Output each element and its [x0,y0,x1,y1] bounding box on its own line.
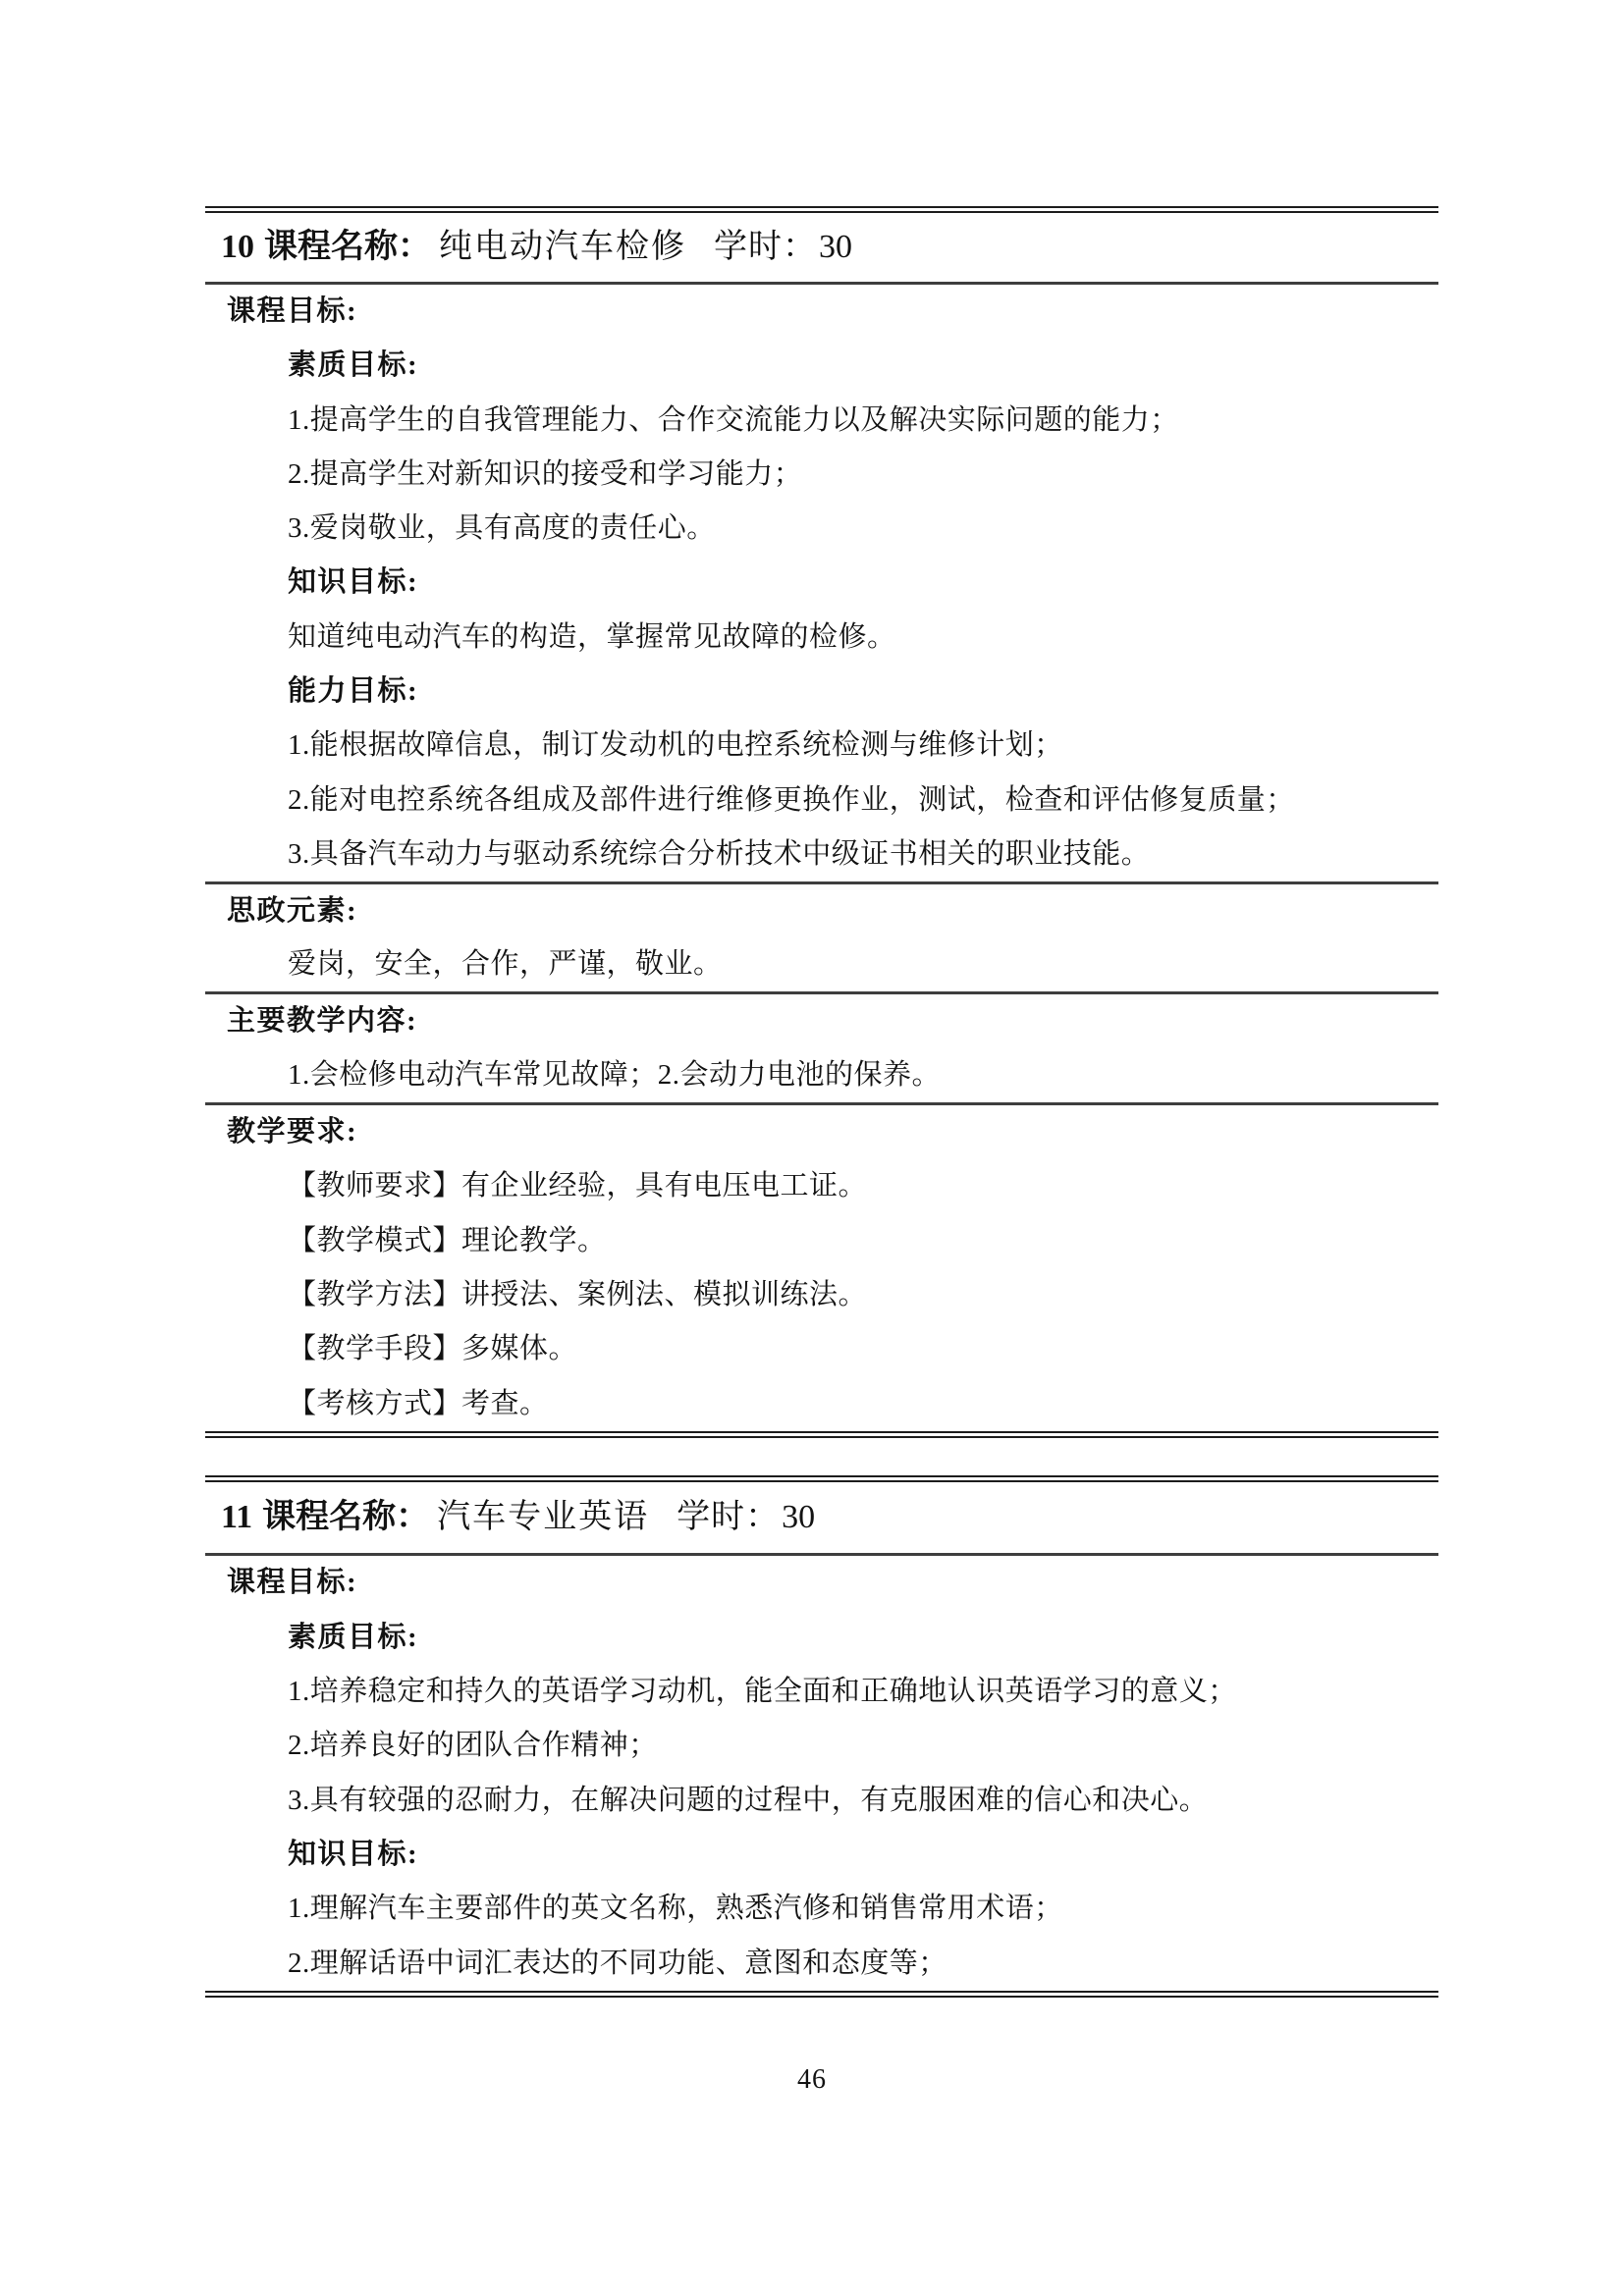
quality-goal-item: 2.提高学生对新知识的接受和学习能力； [205,448,1438,502]
course-name-label: 课程名称： [264,231,431,264]
course-title-row: 11 课程名称： 汽车专业英语 学时： 30 [205,1482,1438,1553]
course-name-label: 课程名称： [262,1501,429,1534]
requirement-item: 【教学方法】讲授法、案例法、模拟训练法。 [205,1268,1438,1322]
course-number: 10 [221,231,254,264]
quality-goal-item: 1.培养稳定和持久的英语学习动机，能全面和正确地认识英语学习的意义； [205,1665,1438,1719]
requirement-item: 【教学模式】理论教学。 [205,1214,1438,1268]
knowledge-goal-item: 2.理解话语中词汇表达的不同功能、意图和态度等； [205,1937,1438,1991]
top-double-rule [205,206,1438,213]
bottom-double-rule [205,1991,1438,1998]
teaching-content-text: 1.会检修电动汽车常见故障；2.会动力电池的保养。 [205,1048,1438,1102]
quality-goal-item: 3.爱岗敬业，具有高度的责任心。 [205,502,1438,556]
quality-goal-item: 1.提高学生的自我管理能力、合作交流能力以及解决实际问题的能力； [205,394,1438,448]
quality-goal-item: 3.具有较强的忍耐力，在解决问题的过程中，有克服困难的信心和决心。 [205,1774,1438,1828]
teaching-requirements-header: 教学要求: [205,1105,1438,1159]
ideology-header: 思政元素: [205,884,1438,938]
objectives-header: 课程目标: [205,1556,1438,1610]
hours-value: 30 [819,231,852,264]
hours-label: 学时： [714,231,817,264]
ability-goal-item: 3.具备汽车动力与驱动系统综合分析技术中级证书相关的职业技能。 [205,828,1438,881]
objectives-header: 课程目标: [205,285,1438,339]
course-name: 纯电动汽车检修 [439,231,686,264]
teaching-content-header: 主要教学内容: [205,994,1438,1048]
knowledge-goal-text: 知道纯电动汽车的构造，掌握常见故障的检修。 [205,611,1438,665]
quality-goal-item: 2.培养良好的团队合作精神； [205,1719,1438,1773]
requirement-item: 【教师要求】有企业经验，具有电压电工证。 [205,1159,1438,1213]
ability-goal-item: 2.能对电控系统各组成及部件进行维修更换作业，测试，检查和评估修复质量； [205,773,1438,827]
teaching-content-block: 主要教学内容: 1.会检修电动汽车常见故障；2.会动力电池的保养。 [205,994,1438,1102]
bottom-double-rule [205,1431,1438,1438]
knowledge-goals-header: 知识目标: [205,1828,1438,1882]
top-double-rule [205,1475,1438,1482]
course-title-row: 10 课程名称： 纯电动汽车检修 学时： 30 [205,213,1438,282]
knowledge-goals-header: 知识目标: [205,556,1438,610]
quality-goals-header: 素质目标: [205,1610,1438,1664]
course-name: 汽车专业英语 [437,1501,649,1534]
requirement-item: 【考核方式】考查。 [205,1377,1438,1431]
hours-value: 30 [782,1501,815,1534]
hours-label: 学时： [677,1501,780,1534]
ideology-text: 爱岗，安全，合作，严谨，敬业。 [205,938,1438,992]
page-number: 46 [0,2064,1624,2096]
course-objectives-block: 课程目标: 素质目标: 1.培养稳定和持久的英语学习动机，能全面和正确地认识英语… [205,1556,1438,1991]
knowledge-goal-item: 1.理解汽车主要部件的英文名称，熟悉汽修和销售常用术语； [205,1882,1438,1936]
requirement-item: 【教学手段】多媒体。 [205,1322,1438,1376]
course-section-11: 11 课程名称： 汽车专业英语 学时： 30 课程目标: 素质目标: 1.培养稳… [205,1475,1438,1998]
ability-goal-item: 1.能根据故障信息，制订发动机的电控系统检测与维修计划； [205,719,1438,773]
course-objectives-block: 课程目标: 素质目标: 1.提高学生的自我管理能力、合作交流能力以及解决实际问题… [205,285,1438,881]
course-section-10: 10 课程名称： 纯电动汽车检修 学时： 30 课程目标: 素质目标: 1.提高… [205,206,1438,1438]
course-number: 11 [221,1501,252,1534]
document-page: 10 课程名称： 纯电动汽车检修 学时： 30 课程目标: 素质目标: 1.提高… [0,0,1624,2296]
ability-goals-header: 能力目标: [205,665,1438,719]
quality-goals-header: 素质目标: [205,339,1438,393]
ideology-block: 思政元素: 爱岗，安全，合作，严谨，敬业。 [205,884,1438,991]
teaching-requirements-block: 教学要求: 【教师要求】有企业经验，具有电压电工证。 【教学模式】理论教学。 【… [205,1105,1438,1431]
